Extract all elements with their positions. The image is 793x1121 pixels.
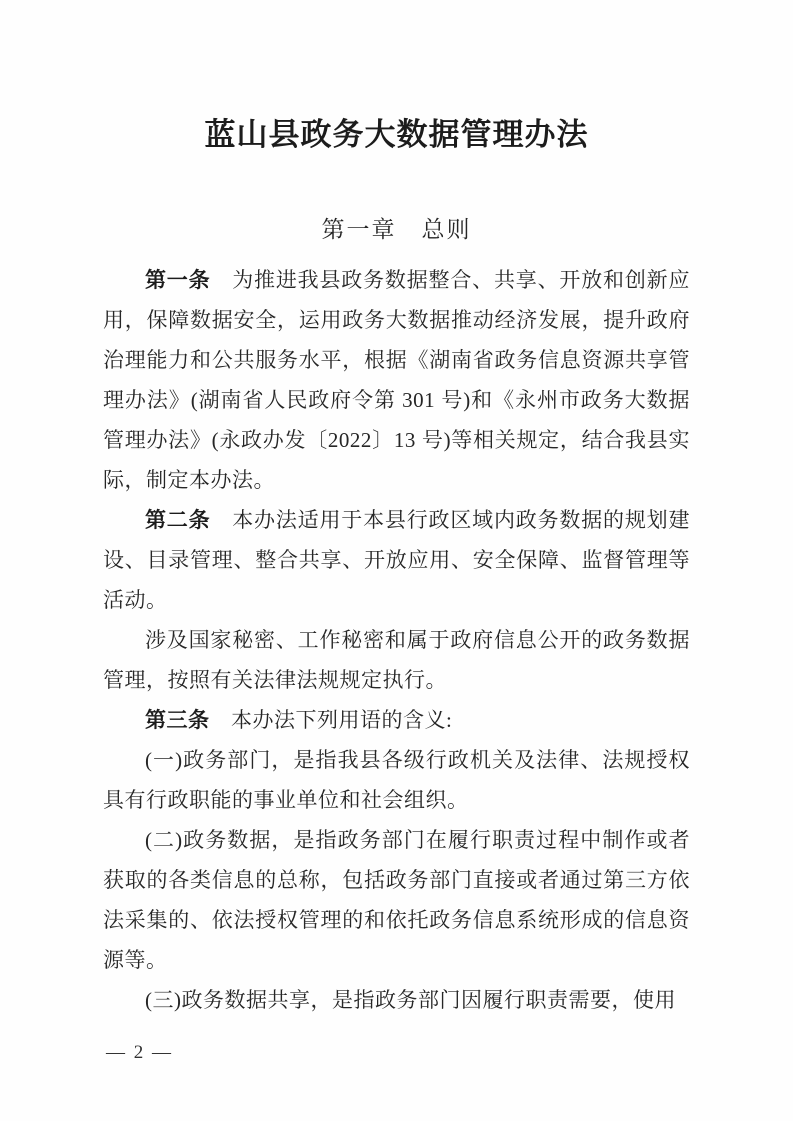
article-number-2: 第二条: [145, 508, 232, 532]
paragraph-text-7: (三)政务数据共享，是指政务部门因履行职责需要，使用: [145, 988, 676, 1012]
paragraph-text-1: 为推进我县政务数据整合、共享、开放和创新应用，保障数据安全，运用政务大数据推动经…: [103, 268, 690, 492]
paragraph-article-2: 第二条 本办法适用于本县行政区域内政务数据的规划建设、目录管理、整合共享、开放应…: [103, 500, 690, 620]
article-number-1: 第一条: [145, 268, 232, 292]
page-number: — 2 —: [106, 1042, 173, 1063]
paragraph-item-2: (二)政务数据，是指政务部门在履行职责过程中制作或者获取的各类信息的总称，包括政…: [103, 820, 690, 980]
paragraph-article-3: 第三条 本办法下列用语的含义:: [103, 700, 690, 740]
document-page: 蓝山县政务大数据管理办法 第一章 总则 第一条 为推进我县政务数据整合、共享、开…: [0, 0, 793, 1121]
paragraph-text-3: 涉及国家秘密、工作秘密和属于政府信息公开的政务数据管理，按照有关法律法规规定执行…: [103, 628, 690, 692]
paragraph-text-4: 本办法下列用语的含义:: [231, 708, 452, 732]
chapter-heading: 第一章 总则: [103, 214, 690, 246]
document-body: 第一条 为推进我县政务数据整合、共享、开放和创新应用，保障数据安全，运用政务大数…: [103, 260, 690, 1020]
paragraph-item-3: (三)政务数据共享，是指政务部门因履行职责需要，使用: [103, 980, 690, 1020]
paragraph-text-6: (二)政务数据，是指政务部门在履行职责过程中制作或者获取的各类信息的总称，包括政…: [103, 828, 690, 972]
article-number-4: 第三条: [145, 708, 231, 732]
document-title: 蓝山县政务大数据管理办法: [103, 114, 690, 156]
page-footer: — 2 —: [106, 1042, 173, 1064]
paragraph-continuation-1: 涉及国家秘密、工作秘密和属于政府信息公开的政务数据管理，按照有关法律法规规定执行…: [103, 620, 690, 700]
paragraph-text-5: (一)政务部门，是指我县各级行政机关及法律、法规授权具有行政职能的事业单位和社会…: [103, 748, 690, 812]
paragraph-item-1: (一)政务部门，是指我县各级行政机关及法律、法规授权具有行政职能的事业单位和社会…: [103, 740, 690, 820]
paragraph-article-1: 第一条 为推进我县政务数据整合、共享、开放和创新应用，保障数据安全，运用政务大数…: [103, 260, 690, 500]
